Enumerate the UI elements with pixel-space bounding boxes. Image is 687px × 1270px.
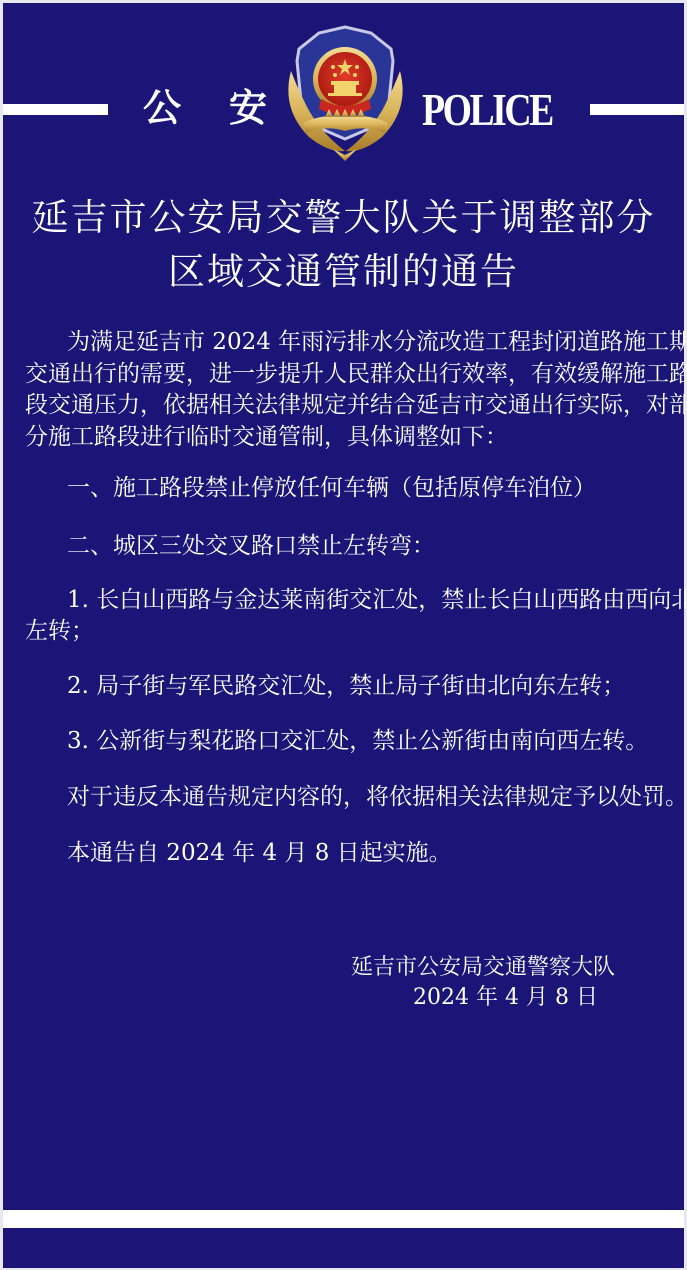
sub-item-1-line-2: 左转； (25, 616, 94, 646)
notice-title-line-2: 区域交通管制的通告 (0, 245, 687, 299)
header-char-gong: 公 (143, 89, 181, 127)
item-2: 二、城区三处交叉路口禁止左转弯： (67, 531, 435, 561)
police-emblem-icon (273, 21, 418, 163)
intro-line-4: 分施工路段进行临时交通管制，具体调整如下： (25, 422, 508, 452)
header-char-an: 安 (229, 89, 267, 127)
item-1: 一、施工路段禁止停放任何车辆（包括原停车泊位） (67, 473, 596, 503)
footer-stripe (3, 1210, 684, 1228)
sub-item-3: 3. 公新街与梨花路口交汇处，禁止公新街由南向西左转。 (67, 726, 648, 756)
signature-date: 2024 年 4 月 8 日 (413, 983, 598, 1013)
sub-item-1-line-1: 1. 长白山西路与金达莱南街交汇处，禁止长白山西路由西向北 (67, 585, 687, 615)
sub-item-2: 2. 局子街与军民路交汇处，禁止局子街由北向东左转； (67, 671, 625, 701)
notice-title-line-1: 延吉市公安局交警大队关于调整部分 (0, 191, 687, 245)
header-right-stripe (590, 104, 684, 115)
effective-date-clause: 本通告自 2024 年 4 月 8 日起实施。 (67, 838, 452, 868)
notice-board: 公 安 (3, 3, 684, 1268)
penalty-clause: 对于违反本通告规定内容的，将依据相关法律规定予以处罚。 (67, 782, 687, 812)
signature-org: 延吉市公安局交通警察大队 (351, 953, 615, 983)
header-police-text: POLICE (422, 87, 552, 133)
intro-line-1: 为满足延吉市 2024 年雨污排水分流改造工程封闭道路施工期间 (67, 327, 687, 357)
intro-line-2: 交通出行的需要，进一步提升人民群众出行效率，有效缓解施工路 (25, 359, 687, 389)
intro-line-3: 段交通压力，依据相关法律规定并结合延吉市交通出行实际，对部 (25, 390, 687, 420)
header-left-stripe (3, 104, 108, 115)
